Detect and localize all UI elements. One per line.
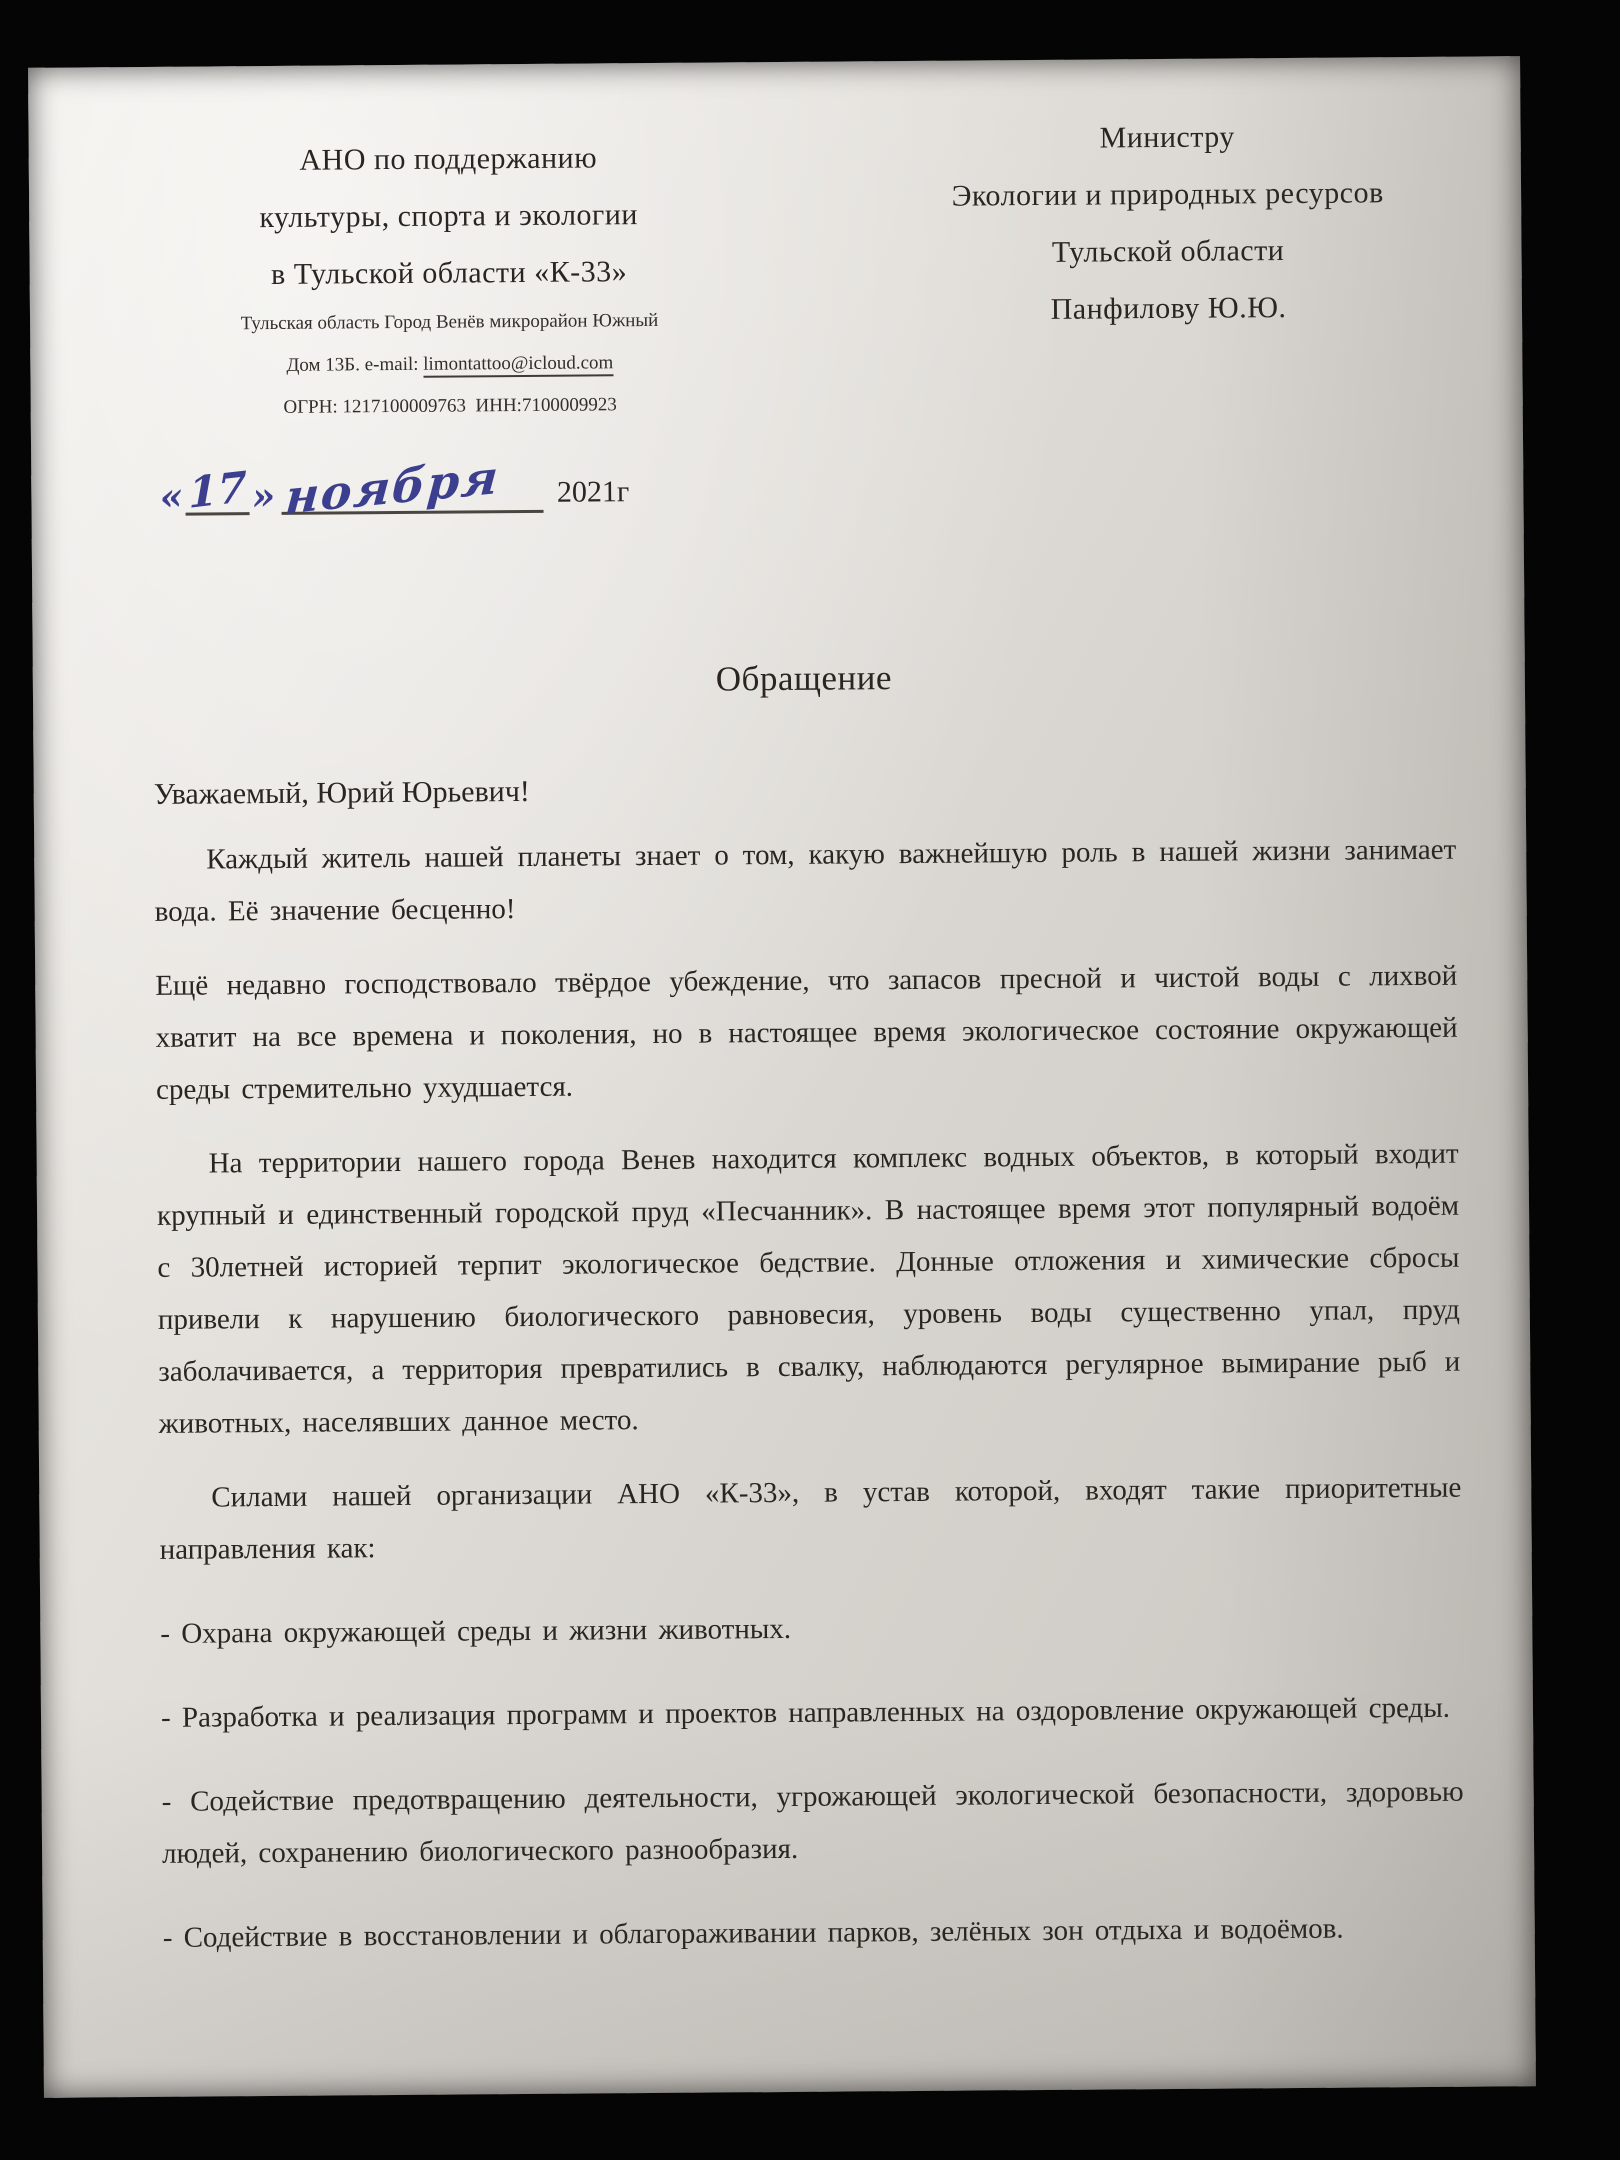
list-item: - Разработка и реализация программ и про… — [161, 1682, 1463, 1744]
handwritten-month: ноября — [284, 457, 501, 518]
greeting: Уважаемый, Юрий Юрьевич! — [154, 768, 1456, 812]
list-item: - Содействие предотвращению деятельности… — [161, 1766, 1464, 1880]
paragraph: На территории нашего города Венев находи… — [156, 1128, 1460, 1450]
recipient-line: Министру — [894, 107, 1441, 168]
sender-registration-line: ОГРН: 1217100009763 ИНН:7100009923 — [151, 383, 750, 430]
paragraph: Ещё недавно господствовало твёрдое убежд… — [155, 950, 1458, 1116]
handwritten-day: 17 — [188, 469, 246, 512]
letter-title: Обращение — [153, 654, 1455, 704]
sender-house: Дом 13Б. e-mail: — [286, 354, 423, 376]
date-day-slot: 17 — [185, 472, 249, 516]
recipient-line: Экологии и природных ресурсов — [894, 164, 1441, 225]
sender-org-line: в Тульской области «К-33» — [149, 242, 748, 304]
sender-org-line: АНО по поддержанию — [149, 128, 748, 190]
paragraph: Силами нашей организации АНО «К-33», в у… — [159, 1462, 1462, 1576]
letter-content: АНО по поддержанию культуры, спорта и эк… — [28, 56, 1535, 1965]
paragraph: Каждый житель нашей планеты знает о том,… — [154, 824, 1457, 938]
date-year: 2021г — [557, 472, 630, 513]
recipient-block: Министру Экологии и природных ресурсов Т… — [894, 105, 1443, 339]
sender-org-line: культуры, спорта и экологии — [149, 185, 748, 247]
sender-ogrn: ОГРН: 1217100009763 — [283, 395, 466, 417]
letter-paper: АНО по поддержанию культуры, спорта и эк… — [28, 56, 1536, 2098]
sender-email: limontattoo@icloud.com — [423, 352, 613, 377]
sender-email-line: Дом 13Б. e-mail: limontattoo@icloud.com — [150, 341, 749, 388]
list-item: - Охрана окружающей среды и жизни животн… — [160, 1598, 1462, 1660]
date-open-quote: « — [158, 477, 185, 517]
list-item: - Содействие в восстановлении и облагора… — [163, 1902, 1465, 1964]
recipient-line: Панфилову Ю.Ю. — [895, 278, 1442, 339]
date-close-quote: » — [250, 476, 277, 516]
photo-background: АНО по поддержанию культуры, спорта и эк… — [0, 0, 1620, 2160]
date-line: « 17 » ноября 2021г — [151, 437, 750, 516]
sender-address: Тульская область Город Венёв микрорайон … — [150, 299, 749, 346]
sender-block: АНО по поддержанию культуры, спорта и эк… — [148, 110, 750, 516]
letterhead: АНО по поддержанию культуры, спорта и эк… — [148, 105, 1453, 516]
sender-inn: ИНН:7100009923 — [475, 394, 617, 416]
recipient-line: Тульской области — [894, 221, 1441, 282]
date-month-slot: ноября — [281, 466, 543, 515]
